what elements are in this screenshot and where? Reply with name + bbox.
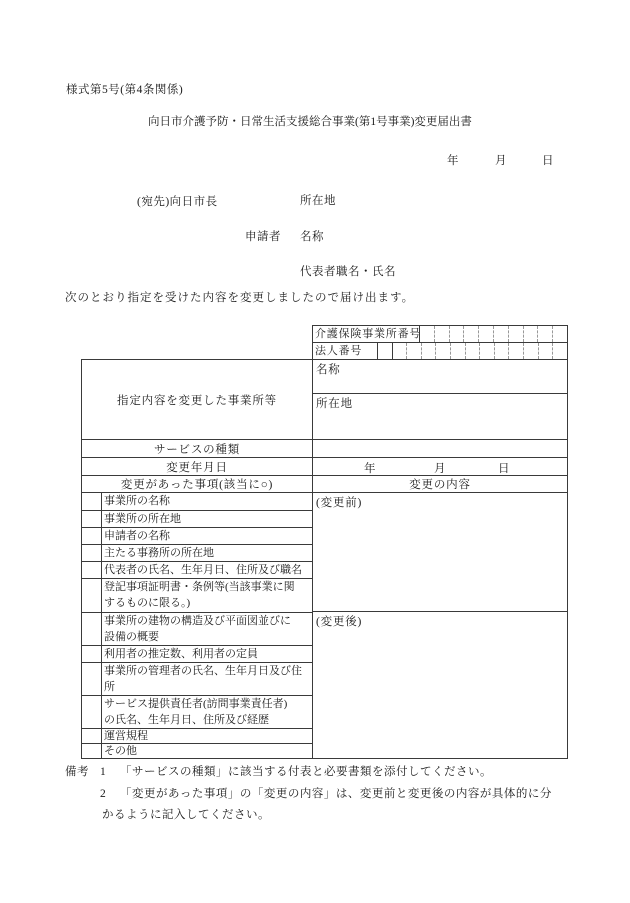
change-table: 指定内容を変更した事業所等 名称 所在地 サービスの種類 変更年月日 年 月 日… xyxy=(81,359,568,759)
insurance-number-label: 介護保険事業所番号 xyxy=(313,326,419,342)
circle-mark-cell xyxy=(82,493,102,510)
circle-mark-cell xyxy=(82,646,102,662)
circle-mark-cell xyxy=(82,663,102,695)
digit-box xyxy=(435,343,450,359)
number-table: 介護保険事業所番号 法人番号 xyxy=(312,325,568,359)
addressee: (宛先)向日市長 xyxy=(137,196,218,209)
item-label: 主たる事務所の所在地 xyxy=(102,545,312,561)
item-row: 利用者の推定数、利用者の定員 xyxy=(82,645,312,662)
office-section-label: 指定内容を変更した事業所等 xyxy=(82,360,313,439)
date-year-label: 年 xyxy=(447,155,459,168)
digit-box xyxy=(494,343,509,359)
circle-mark-cell xyxy=(82,511,102,527)
applicant-address-label: 所在地 xyxy=(300,195,336,208)
digit-box xyxy=(478,326,493,342)
item-row: 主たる事務所の所在地 xyxy=(82,544,312,561)
note-1-text: 「サービスの種類」に該当する付表と必要書類を添付してください。 xyxy=(120,766,492,779)
note-2-text-line2: かるように記入してください。 xyxy=(102,809,270,822)
change-date-value-cell: 年 月 日 xyxy=(313,458,567,475)
date-month-label: 月 xyxy=(495,155,507,168)
digit-box xyxy=(538,343,553,359)
changed-items-list: 事業所の名称 事業所の所在地 申請者の名称 主たる事務所の所在地 代表者の氏名、… xyxy=(82,493,313,758)
applicant-label: 申請者 xyxy=(245,231,281,244)
office-name-label: 名称 xyxy=(313,360,567,394)
item-label: サービス提供責任者(訪問事業責任者) の氏名、生年月日、住所及び経歴 xyxy=(102,696,312,728)
change-date-label: 変更年月日 xyxy=(82,458,313,475)
insurance-number-boxes xyxy=(419,326,567,342)
circle-mark-cell xyxy=(82,528,102,544)
notes-label: 備考 xyxy=(65,766,89,779)
change-content-cells: (変更前) (変更後) xyxy=(313,493,567,758)
digit-box xyxy=(508,326,523,342)
digit-box xyxy=(406,343,421,359)
change-content-header: 変更の内容 xyxy=(313,476,567,492)
item-row: 申請者の名称 xyxy=(82,527,312,544)
item-row: 事業所の名称 xyxy=(82,493,312,510)
office-detail-cells: 名称 所在地 xyxy=(313,360,567,439)
corporate-number-label: 法人番号 xyxy=(313,343,377,359)
change-date-year-label: 年 xyxy=(364,460,376,476)
before-change-cell: (変更前) xyxy=(313,493,567,612)
page-title: 向日市介護予防・日常生活支援総合事業(第1号事業)変更届出書 xyxy=(148,116,472,129)
digit-box xyxy=(421,343,436,359)
digit-box xyxy=(493,326,508,342)
item-label: 事業所の所在地 xyxy=(102,511,312,527)
circle-mark-cell xyxy=(82,562,102,578)
item-row: 代表者の氏名、生年月日、住所及び職名 xyxy=(82,561,312,578)
corporate-number-row: 法人番号 xyxy=(313,342,567,359)
digit-box xyxy=(450,343,465,359)
note-2-number: 2 xyxy=(100,788,106,801)
representative-label: 代表者職名・氏名 xyxy=(300,266,396,279)
digit-box xyxy=(449,326,464,342)
digit-box xyxy=(523,343,538,359)
digit-box xyxy=(377,343,392,359)
item-row: 登記事項証明書・条例等(当該事業に関 するものに限る。) xyxy=(82,578,312,612)
form-number: 様式第5号(第4条関係) xyxy=(66,84,183,97)
circle-mark-cell xyxy=(82,579,102,612)
after-change-cell: (変更後) xyxy=(313,612,567,758)
item-label: 利用者の推定数、利用者の定員 xyxy=(102,646,312,662)
applicant-name-label: 名称 xyxy=(300,231,324,244)
digit-box xyxy=(463,326,478,342)
digit-box xyxy=(523,326,538,342)
digit-box xyxy=(552,326,567,342)
service-type-value-cell xyxy=(313,440,567,457)
change-date-day-label: 日 xyxy=(498,460,510,476)
item-label: 事業所の管理者の氏名、生年月日及び住 所 xyxy=(102,663,312,695)
item-row: 運営規程 xyxy=(82,728,312,743)
change-date-row: 変更年月日 年 月 日 xyxy=(82,457,567,475)
corporate-number-boxes xyxy=(377,343,567,359)
item-row: 事業所の所在地 xyxy=(82,510,312,527)
form-page: 様式第5号(第4条関係) 向日市介護予防・日常生活支援総合事業(第1号事業)変更… xyxy=(0,0,630,903)
circle-mark-cell xyxy=(82,729,102,743)
digit-box xyxy=(508,343,523,359)
items-header-row: 変更があった事項(該当に○) 変更の内容 xyxy=(82,475,567,492)
circle-mark-cell xyxy=(82,696,102,728)
digit-box xyxy=(434,326,449,342)
office-row: 指定内容を変更した事業所等 名称 所在地 xyxy=(82,360,567,439)
item-row: サービス提供責任者(訪問事業責任者) の氏名、生年月日、住所及び経歴 xyxy=(82,695,312,728)
item-label: 登記事項証明書・条例等(当該事業に関 するものに限る。) xyxy=(102,579,312,612)
note-1-number: 1 xyxy=(100,766,106,779)
circle-mark-cell xyxy=(82,744,102,758)
item-row: 事業所の管理者の氏名、生年月日及び住 所 xyxy=(82,662,312,695)
digit-box xyxy=(479,343,494,359)
digit-box xyxy=(465,343,480,359)
date-day-label: 日 xyxy=(542,155,554,168)
items-body: 事業所の名称 事業所の所在地 申請者の名称 主たる事務所の所在地 代表者の氏名、… xyxy=(82,492,567,758)
insurance-number-row: 介護保険事業所番号 xyxy=(313,326,567,342)
service-type-label: サービスの種類 xyxy=(82,440,313,457)
circle-mark-cell xyxy=(82,545,102,561)
item-label: 代表者の氏名、生年月日、住所及び職名 xyxy=(102,562,312,578)
digit-box xyxy=(552,343,567,359)
digit-box xyxy=(392,343,407,359)
item-row: その他 xyxy=(82,743,312,758)
item-label: 申請者の名称 xyxy=(102,528,312,544)
item-label: 事業所の名称 xyxy=(102,493,312,510)
item-label: 事業所の建物の構造及び平面図並びに 設備の概要 xyxy=(102,613,312,645)
office-address-label: 所在地 xyxy=(313,394,567,439)
change-date-month-label: 月 xyxy=(434,460,446,476)
item-label: 運営規程 xyxy=(102,729,312,743)
declaration-text: 次のとおり指定を受けた内容を変更しましたので届け出ます。 xyxy=(65,292,414,305)
item-row: 事業所の建物の構造及び平面図並びに 設備の概要 xyxy=(82,612,312,645)
note-2-text-line1: 「変更があった事項」の「変更の内容」は、変更前と変更後の内容が具体的に分 xyxy=(120,788,552,801)
circle-mark-cell xyxy=(82,613,102,645)
digit-box xyxy=(419,326,434,342)
changed-items-header: 変更があった事項(該当に○) xyxy=(82,476,313,492)
service-type-row: サービスの種類 xyxy=(82,439,567,457)
digit-box xyxy=(537,326,552,342)
item-label: その他 xyxy=(102,744,312,758)
